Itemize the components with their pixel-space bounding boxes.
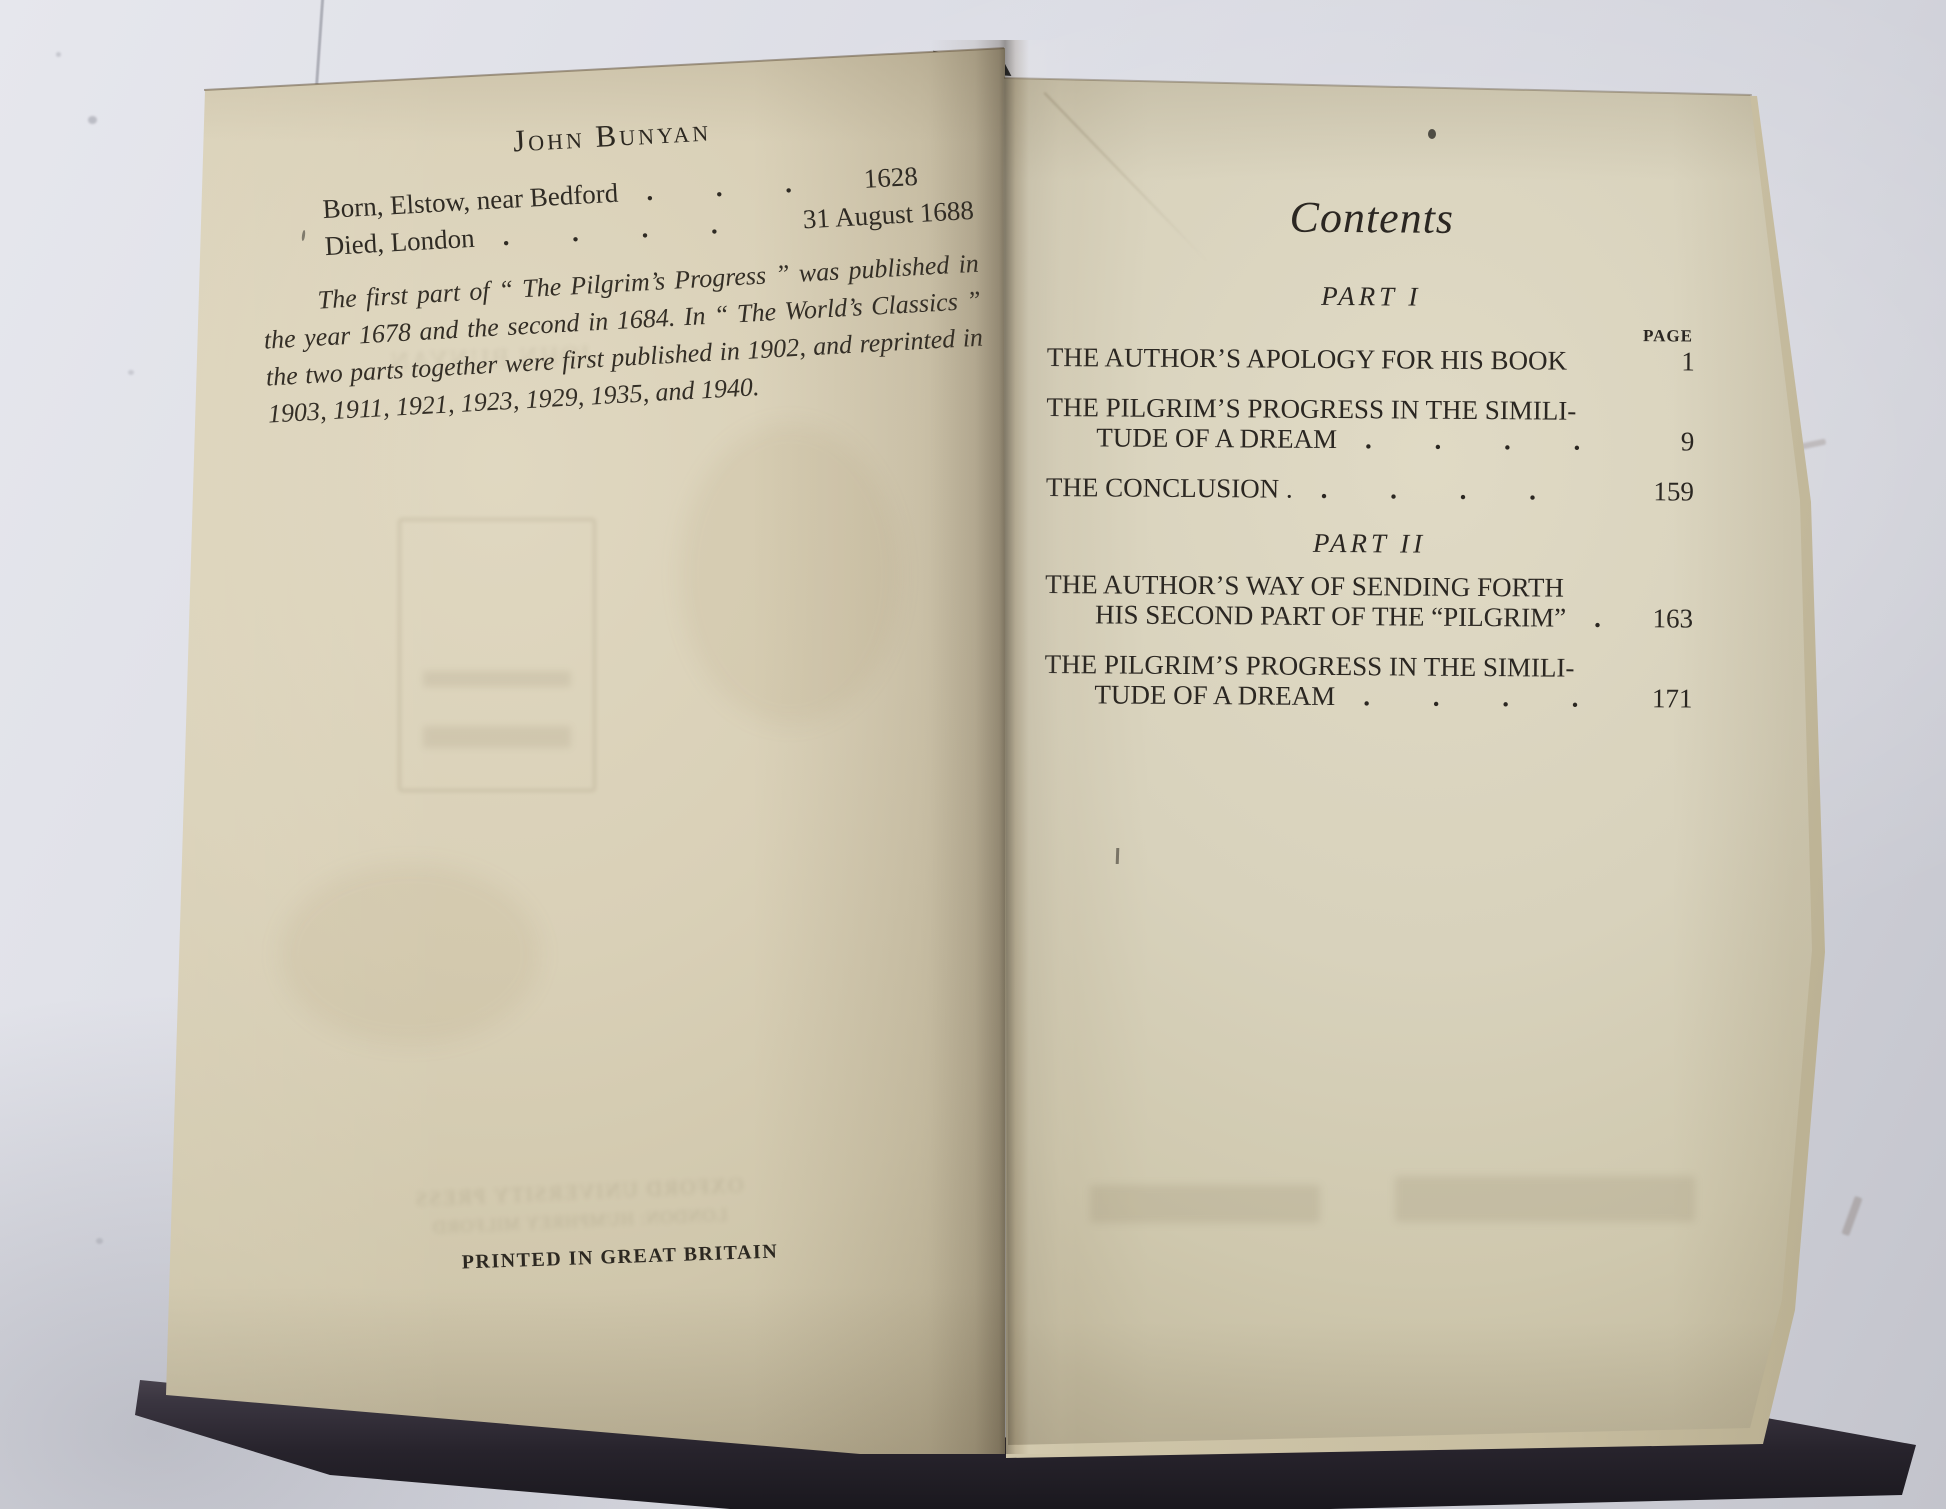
biography-rows: Born, Elstow, near Bedford. . .1628Died,… bbox=[256, 158, 977, 266]
left-page-text-block: John Bunyan Born, Elstow, near Bedford. … bbox=[252, 88, 986, 433]
contents-entry-last-line: TUDE OF A DREAM. . . .9 bbox=[1046, 422, 1694, 457]
dot-leader: . . . bbox=[617, 164, 864, 209]
backdrop-speck bbox=[96, 1238, 103, 1244]
ghost-showthrough-imprint: OXFORD UNIVERSITY PRESS LONDON: HUMPHREY… bbox=[362, 1171, 796, 1242]
contents-entry-last-line: TUDE OF A DREAM. . . .171 bbox=[1044, 679, 1692, 714]
photo-of-open-book: JOHN BUNYAN OXFORD UNIVERSITY PRESS LOND… bbox=[0, 0, 1946, 1509]
contents-entry-text: TUDE OF A DREAM bbox=[1046, 422, 1337, 454]
ghost-showthrough-frame bbox=[398, 518, 596, 792]
right-page: Contents PART IPAGETHE AUTHOR’S APOLOGY … bbox=[1003, 70, 1818, 1460]
contents-sections: PART IPAGETHE AUTHOR’S APOLOGY FOR HIS B… bbox=[1044, 279, 1695, 714]
ghost-showthrough-bar bbox=[1090, 1185, 1320, 1223]
part-heading: PART II bbox=[1045, 526, 1693, 562]
contents-entry-text: HIS SECOND PART OF THE “PILGRIM” bbox=[1045, 599, 1566, 633]
biography-value: 1628 bbox=[863, 161, 919, 195]
page-stain bbox=[280, 864, 540, 1044]
contents-entry-text: THE CONCLUSION . bbox=[1046, 472, 1293, 504]
dot-leader: . . . . bbox=[1337, 424, 1640, 456]
printed-in-great-britain-note: PRINTED IN GREAT BRITAIN bbox=[460, 1240, 781, 1274]
backdrop-speck bbox=[128, 370, 134, 375]
entry-page-number: 159 bbox=[1640, 476, 1694, 506]
backdrop-scratch bbox=[1841, 1196, 1862, 1236]
contents-entry: THE PILGRIM’S PROGRESS IN THE SIMILI-TUD… bbox=[1044, 649, 1692, 714]
dot-leader: . . . . bbox=[1293, 474, 1640, 506]
contents-entry-text: THE PILGRIM’S PROGRESS IN THE SIMILI- bbox=[1045, 649, 1693, 684]
contents-entry-text: THE AUTHOR’S WAY OF SENDING FORTH bbox=[1045, 569, 1693, 604]
contents-entry: THE PILGRIM’S PROGRESS IN THE SIMILI-TUD… bbox=[1046, 392, 1694, 457]
ghost-frame-smudge bbox=[423, 726, 571, 748]
part-heading: PART I bbox=[1047, 279, 1695, 315]
contents-entry-last-line: HIS SECOND PART OF THE “PILGRIM”.163 bbox=[1045, 599, 1693, 634]
page-ink-tick bbox=[1116, 848, 1120, 864]
contents-entry: THE AUTHOR’S APOLOGY FOR HIS BOOK1 bbox=[1047, 342, 1695, 377]
page-stain bbox=[680, 424, 900, 724]
backdrop-speck bbox=[56, 52, 61, 57]
contents-entry-text: TUDE OF A DREAM bbox=[1044, 679, 1335, 711]
ghost-imprint-line: LONDON: HUMPHREY MILFORD bbox=[363, 1202, 796, 1242]
entry-page-number: 171 bbox=[1638, 683, 1692, 713]
entry-page-number: 9 bbox=[1640, 426, 1694, 456]
contents-entry-text: THE AUTHOR’S APOLOGY FOR HIS BOOK bbox=[1047, 342, 1567, 376]
backdrop-crease bbox=[315, 0, 325, 92]
contents-entry-last-line: THE CONCLUSION .. . . .159 bbox=[1046, 472, 1694, 507]
entry-page-number: 163 bbox=[1639, 603, 1693, 633]
ghost-showthrough-bar bbox=[1395, 1176, 1695, 1222]
ghost-frame-smudge bbox=[423, 671, 571, 687]
author-heading: John Bunyan bbox=[253, 98, 972, 174]
left-page: JOHN BUNYAN OXFORD UNIVERSITY PRESS LOND… bbox=[160, 44, 1005, 1456]
contents-entry-text: THE PILGRIM’S PROGRESS IN THE SIMILI- bbox=[1046, 392, 1694, 427]
page-fleck bbox=[1428, 129, 1436, 139]
contents-block: Contents PART IPAGETHE AUTHOR’S APOLOGY … bbox=[1044, 190, 1696, 734]
contents-entry: THE CONCLUSION .. . . .159 bbox=[1046, 472, 1694, 507]
contents-entry-last-line: THE AUTHOR’S APOLOGY FOR HIS BOOK1 bbox=[1047, 342, 1695, 377]
biography-label: Died, London bbox=[324, 223, 475, 262]
contents-title: Contents bbox=[1048, 190, 1696, 246]
dot-leader: . bbox=[1566, 603, 1639, 634]
contents-entry: THE AUTHOR’S WAY OF SENDING FORTHHIS SEC… bbox=[1045, 569, 1693, 634]
biography-value: 31 August 1688 bbox=[802, 195, 974, 235]
dot-leader: . . . . bbox=[1335, 681, 1638, 713]
publication-note: The first part of “ The Pilgrim’s Progre… bbox=[261, 246, 986, 433]
entry-page-number: 1 bbox=[1641, 346, 1695, 376]
ghost-imprint-line: OXFORD UNIVERSITY PRESS bbox=[362, 1171, 795, 1215]
dot-leader bbox=[1567, 370, 1641, 371]
backdrop-speck bbox=[88, 116, 97, 124]
